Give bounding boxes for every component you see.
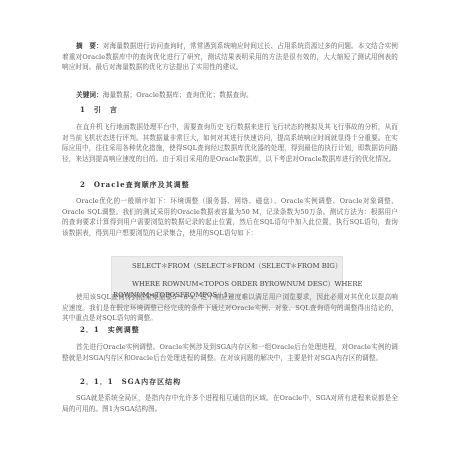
sql-line-1: SELECT＊FROM（SELECT＊FROM（SELECT＊FROM BIG） [132,261,342,272]
keywords-label: 关键词： [76,91,103,99]
abstract-label: 摘 要： [76,42,103,50]
section-heading-instance-tuning: 2．1 实例调整 [80,325,140,335]
sga-paragraph: SGA就是系统全局区，是指内存中允许多个进程相互通信的区域。在Oracle中，S… [62,393,398,414]
abstract-block: 摘 要：对海量数据进行访问查询时，常常遇到系统响应时间过长、占用系统资源过多的问… [62,41,398,73]
intro-paragraph: 在直升机飞行地面数据处理平台中，需要查询历史飞行数据来进行飞行状态的模拟及其飞行… [62,122,398,164]
section-heading-oracle-query-order: 2 Oracle查询顺序及其调整 [80,180,190,190]
sql-result-paragraph: 使用该SQL查询得到结果集需要5～6 s，这个响应速度难以满足用户浏览要求，因此… [62,292,398,324]
instance-tuning-paragraph: 首先进行Oracle实例调整。Oracle实例涉及到SGA内存区和一组Oracl… [62,342,398,363]
keywords-text: 海量数据；Oracle数据库；查询优化；数据查询。 [103,91,253,99]
sql-line-2: WHERE ROWNUM<TOPOS ORDER BYROWNUM DESC）W… [132,279,362,290]
keywords-block: 关键词：海量数据；Oracle数据库；查询优化；数据查询。 [62,90,398,101]
paper-page: 摘 要：对海量数据进行访问查询时，常常遇到系统响应时间过长、占用系统资源过多的问… [0,0,452,452]
oracle-order-paragraph: Oracle优化的一般顺序如下：环境调整（服务器、网络、磁盘）、Oracle实例… [62,196,398,238]
abstract-text: 对海量数据进行访问查询时，常常遇到系统响应时间过长、占用系统资源过多的问题。本文… [62,42,398,71]
section-heading-sga-structure: 2．1．1 SGA内存区结构 [80,377,181,387]
section-heading-introduction: 1 引 言 [80,105,118,115]
